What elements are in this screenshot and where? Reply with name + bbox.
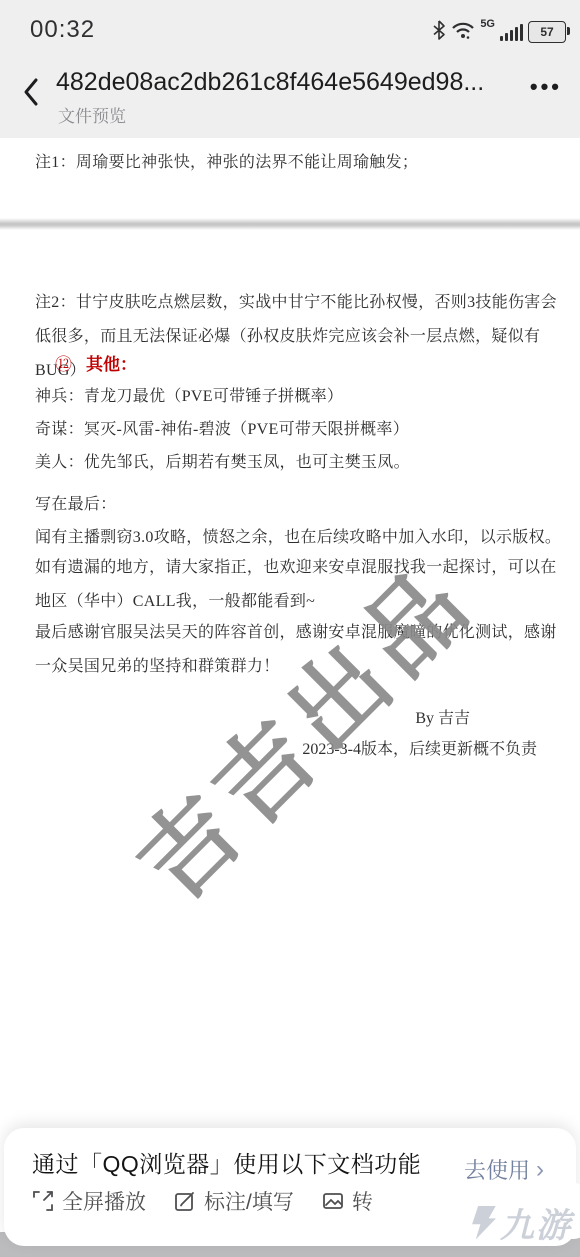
fullscreen-play-button[interactable]: 全屏播放 <box>32 1186 146 1216</box>
page-break <box>0 218 580 230</box>
doc-line-strategy: 奇谋：冥灭-风雷-神佑-碧波（PVE可带天限拼概率） <box>35 413 562 447</box>
use-now-button[interactable]: 去使用 › <box>464 1154 544 1185</box>
signal-bars-icon <box>500 23 523 41</box>
page-subtitle: 文件预览 <box>58 102 126 127</box>
doc-section-heading: ⑫其他： <box>55 350 137 375</box>
back-button[interactable] <box>14 72 48 112</box>
annotate-fill-button[interactable]: 标注/填写 <box>174 1186 294 1216</box>
fullscreen-icon <box>32 1190 54 1212</box>
convert-image-button[interactable]: 转 <box>322 1186 373 1216</box>
jiuyou-logo-text: 九游 <box>500 1198 572 1247</box>
annotate-fill-label: 标注/填写 <box>204 1186 294 1216</box>
jiuyou-site-watermark: 九游 <box>470 1198 572 1247</box>
more-menu-button[interactable]: ••• <box>530 74 562 100</box>
doc-tools-row: 全屏播放 标注/填写 转 <box>32 1186 373 1216</box>
network-type-label: 5G <box>480 18 495 30</box>
doc-closing-2: 如有遗漏的地方，请大家指正，也欢迎来安卓混服找我一起探讨，可以在地区（华中）CA… <box>35 551 562 619</box>
status-icons: 5G 57 <box>432 20 566 44</box>
section-title: 其他： <box>86 355 137 374</box>
battery-percent: 57 <box>540 25 553 39</box>
convert-image-label: 转 <box>352 1186 373 1216</box>
annotate-icon <box>174 1190 196 1212</box>
image-icon <box>322 1190 344 1212</box>
section-number: ⑫ <box>55 355 72 374</box>
doc-closing-1: 闻有主播剽窃3.0攻略，愤怒之余，也在后续攻略中加入水印，以示版权。 <box>35 521 562 555</box>
lightning-logo-icon <box>470 1206 496 1240</box>
chevron-right-icon: › <box>536 1156 544 1184</box>
doc-line-beauty: 美人：优先邹氏，后期若有樊玉凤，也可主樊玉凤。 <box>35 446 562 480</box>
use-now-label: 去使用 <box>464 1154 530 1185</box>
doc-byline: By 吉吉 <box>415 705 470 728</box>
doc-line-weapon: 神兵：青龙刀最优（PVE可带锤子拼概率） <box>35 380 562 414</box>
wifi-icon <box>451 20 475 45</box>
doc-note1: 注1：周瑜要比神张快，神张的法界不能让周瑜触发； <box>35 146 562 180</box>
file-title: 482de08ac2db261c8f464e5649ed98... <box>56 68 506 97</box>
clock: 00:32 <box>30 16 95 44</box>
top-bar: 00:32 5G 57 482de08ac2db261c8f464e5649ed… <box>0 0 580 138</box>
promo-title: 通过「QQ浏览器」使用以下文档功能 <box>32 1146 421 1179</box>
battery-icon: 57 <box>528 21 566 43</box>
bluetooth-icon <box>432 20 446 45</box>
doc-closing-title: 写在最后： <box>35 488 562 522</box>
fullscreen-play-label: 全屏播放 <box>62 1186 146 1216</box>
